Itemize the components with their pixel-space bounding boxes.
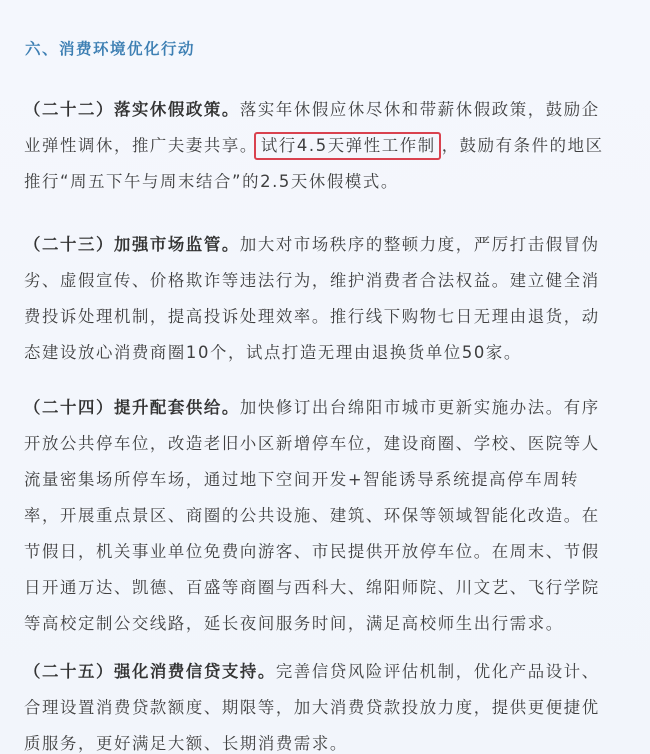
paragraph-line: 费投诉处理机制，提高投诉处理效率。推行线下购物七日无理由退货，动 <box>24 299 628 335</box>
paragraph-text: 落实年休假应休尽休和带薪休假政策，鼓励企 <box>240 100 600 119</box>
article-page: 六、消费环境优化行动 （二十二）落实休假政策。落实年休假应休尽休和带薪休假政策，… <box>0 0 650 754</box>
paragraph-line: 开放公共停车位，改造老旧小区新增停车位，建设商圈、学校、医院等人 <box>24 426 628 462</box>
paragraph-line: 等高校定制公交线路，延长夜间服务时间，满足高校师生出行需求。 <box>24 606 628 642</box>
paragraph-text: ，鼓励有条件的地区 <box>442 136 604 155</box>
paragraph-text: 推行“周五下午与周末结合”的2.5天休假模式。 <box>24 172 399 191</box>
paragraph-lead: （二十三）加强市场监管。 <box>24 235 240 254</box>
paragraph-line: 率，开展重点景区、商圈的公共设施、建筑、环保等领域智能化改造。在 <box>24 498 628 534</box>
paragraph-22: （二十二）落实休假政策。落实年休假应休尽休和带薪休假政策，鼓励企 业弹性调休，推… <box>24 92 628 200</box>
paragraph-lead: （二十五）强化消费信贷支持。 <box>24 662 276 681</box>
paragraph-text: 加快修订出台绵阳市城市更新实施办法。有序 <box>240 398 600 417</box>
paragraph-text: 完善信贷风险评估机制，优化产品设计、 <box>276 662 600 681</box>
paragraph-line: （二十四）提升配套供给。加快修订出台绵阳市城市更新实施办法。有序 <box>24 390 628 426</box>
paragraph-line: 业弹性调休，推广夫妻共享。试行4.5天弹性工作制，鼓励有条件的地区 <box>24 128 628 164</box>
paragraph-line: （二十五）强化消费信贷支持。完善信贷风险评估机制，优化产品设计、 <box>24 654 628 690</box>
paragraph-25: （二十五）强化消费信贷支持。完善信贷风险评估机制，优化产品设计、 合理设置消费贷… <box>24 654 628 754</box>
paragraph-line: 态建设放心消费商圈10个，试点打造无理由退换货单位50家。 <box>24 335 628 371</box>
paragraph-line: 劣、虚假宣传、价格欺诈等违法行为，维护消费者合法权益。建立健全消 <box>24 263 628 299</box>
paragraph-line: 流量密集场所停车场，通过地下空间开发+智能诱导系统提高停车周转 <box>24 462 628 498</box>
paragraph-text: 业弹性调休，推广夫妻共享。 <box>24 136 258 155</box>
paragraph-line: 日开通万达、凯德、百盛等商圈与西科大、绵阳师院、川文艺、飞行学院 <box>24 570 628 606</box>
paragraph-lead: （二十二）落实休假政策。 <box>24 100 240 119</box>
paragraph-23: （二十三）加强市场监管。加大对市场秩序的整顿力度，严厉打击假冒伪 劣、虚假宣传、… <box>24 227 628 371</box>
paragraph-line: （二十二）落实休假政策。落实年休假应休尽休和带薪休假政策，鼓励企 <box>24 92 628 128</box>
paragraph-line: 推行“周五下午与周末结合”的2.5天休假模式。 <box>24 164 628 200</box>
section-title: 六、消费环境优化行动 <box>25 38 195 60</box>
paragraph-line: 质服务，更好满足大额、长期消费需求。 <box>24 726 628 754</box>
highlighted-phrase: 试行4.5天弹性工作制 <box>254 132 441 160</box>
paragraph-lead: （二十四）提升配套供给。 <box>24 398 240 417</box>
paragraph-line: （二十三）加强市场监管。加大对市场秩序的整顿力度，严厉打击假冒伪 <box>24 227 628 263</box>
paragraph-line: 合理设置消费贷款额度、期限等，加大消费贷款投放力度，提供更便捷优 <box>24 690 628 726</box>
paragraph-24: （二十四）提升配套供给。加快修订出台绵阳市城市更新实施办法。有序 开放公共停车位… <box>24 390 628 642</box>
paragraph-line: 节假日，机关事业单位免费向游客、市民提供开放停车位。在周末、节假 <box>24 534 628 570</box>
paragraph-text: 加大对市场秩序的整顿力度，严厉打击假冒伪 <box>240 235 600 254</box>
